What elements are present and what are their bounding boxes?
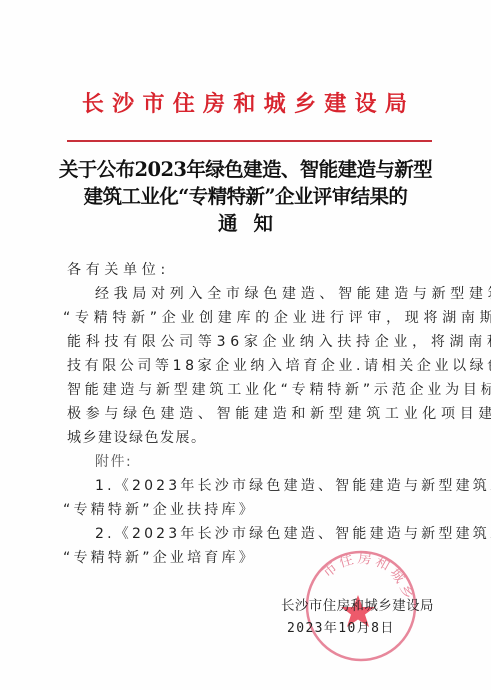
body-line: 城乡建设绿色发展。: [67, 426, 429, 450]
attachment-1-line-1: 1.《2023年长沙市绿色建造、智能建造与新型建筑工业化: [95, 474, 457, 498]
signature-issuer: 长沙市住房和城乡建设局: [281, 595, 434, 617]
notice-title-line-3: 通知: [0, 210, 491, 237]
body-line: 能科技有限公司等36家企业纳入扶持企业，将湖南和汇绿源科: [67, 330, 429, 354]
notice-title-line-1: 关于公布2023年绿色建造、智能建造与新型: [0, 156, 491, 183]
salutation: 各有关单位:: [67, 258, 429, 282]
red-divider-rule: [67, 140, 432, 142]
body-line: 经我局对列入全市绿色建造、智能建造与新型建筑工业化: [95, 282, 457, 306]
body-line: 技有限公司等18家企业纳入培育企业.请相关企业以绿色建造、: [67, 354, 429, 378]
issuer-header: 长沙市住房和城乡建设局: [0, 89, 491, 119]
body-line: 极参与绿色建造、智能建造和新型建筑工业化项目建设，助力: [67, 402, 429, 426]
attachment-1-line-2: “专精特新”企业扶持库》: [63, 498, 425, 522]
notice-title-line-2: 建筑工业化“专精特新”企业评审结果的: [0, 183, 491, 210]
document-page: 长沙市住房和城乡建设局 关于公布2023年绿色建造、智能建造与新型 建筑工业化“…: [0, 0, 491, 690]
attachments-label: 附件:: [95, 450, 457, 474]
body-line: “专精特新”企业创建库的企业进行评审，现将湖南斯多孚节: [63, 306, 425, 330]
body-line: 智能建造与新型建筑工业化“专精特新”示范企业为目标，积: [67, 378, 429, 402]
signature-date: 2023年10月8日: [287, 618, 395, 640]
attachment-2-line-1: 2.《2023年长沙市绿色建造、智能建造与新型建筑工业化: [95, 522, 457, 546]
